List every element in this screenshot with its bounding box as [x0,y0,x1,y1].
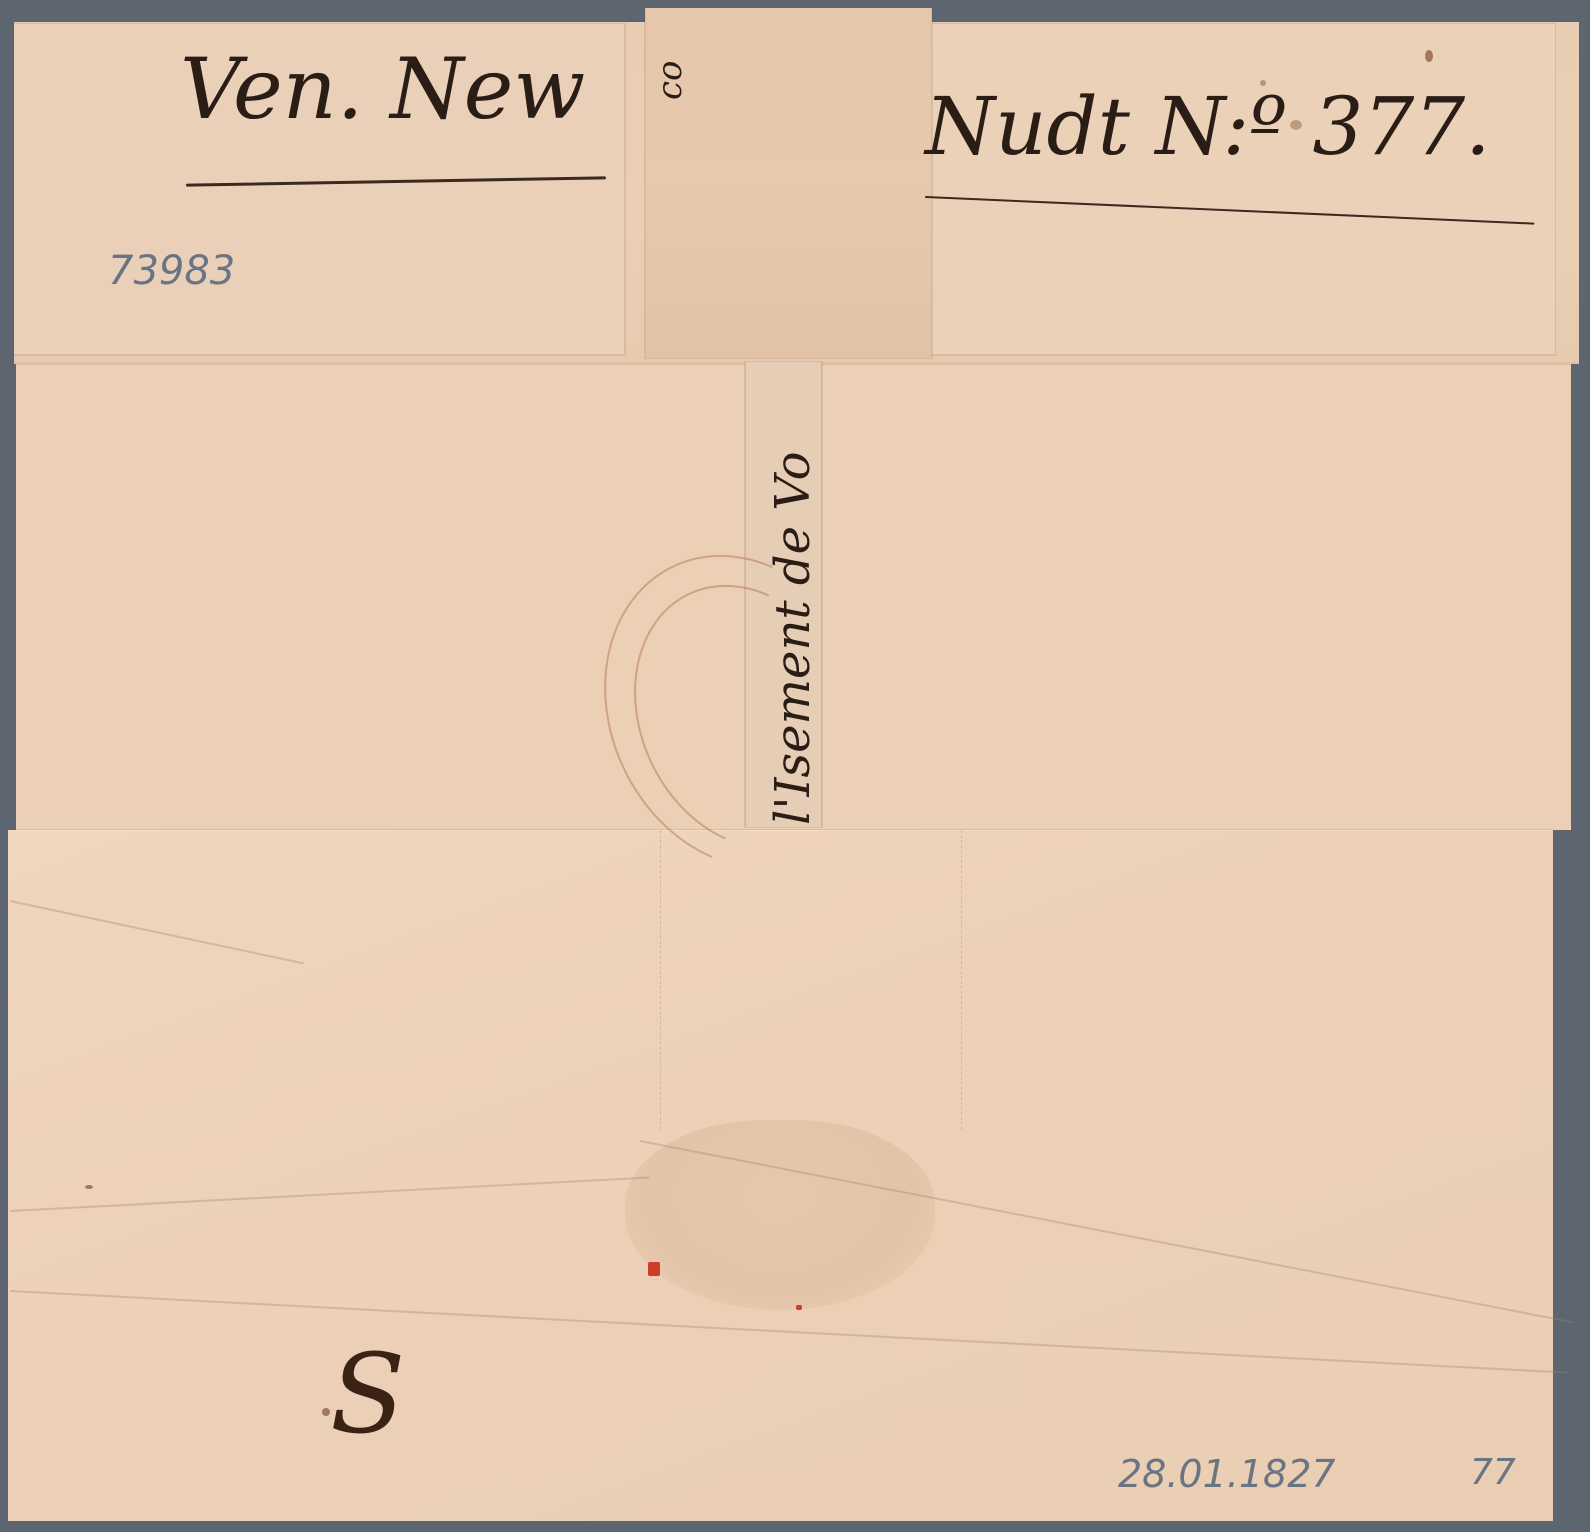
wax-fragment [796,1305,802,1310]
ink-spot [322,1408,330,1416]
pencil-date: 28.01.1827 [1118,1452,1336,1496]
inventory-number: 73983 [108,248,235,294]
ink-spot [1425,50,1433,62]
bottom-ink-mark: S [330,1330,405,1458]
pencil-code: 77 [1470,1452,1516,1493]
address-fragment: co [650,60,690,100]
wax-seal-remnant [625,1120,935,1310]
address-line-right: Nudt N:º 377. [925,80,1491,173]
ink-spot [1290,120,1302,130]
seal-tear [660,830,962,1130]
vertical-address-text: l'Isement de Vo [765,452,821,825]
ink-spot [85,1185,93,1189]
ink-spot [1260,80,1266,86]
address-line-left: Ven. New [180,40,585,138]
top-right-panel [925,24,1555,355]
wax-fragment [648,1262,660,1276]
